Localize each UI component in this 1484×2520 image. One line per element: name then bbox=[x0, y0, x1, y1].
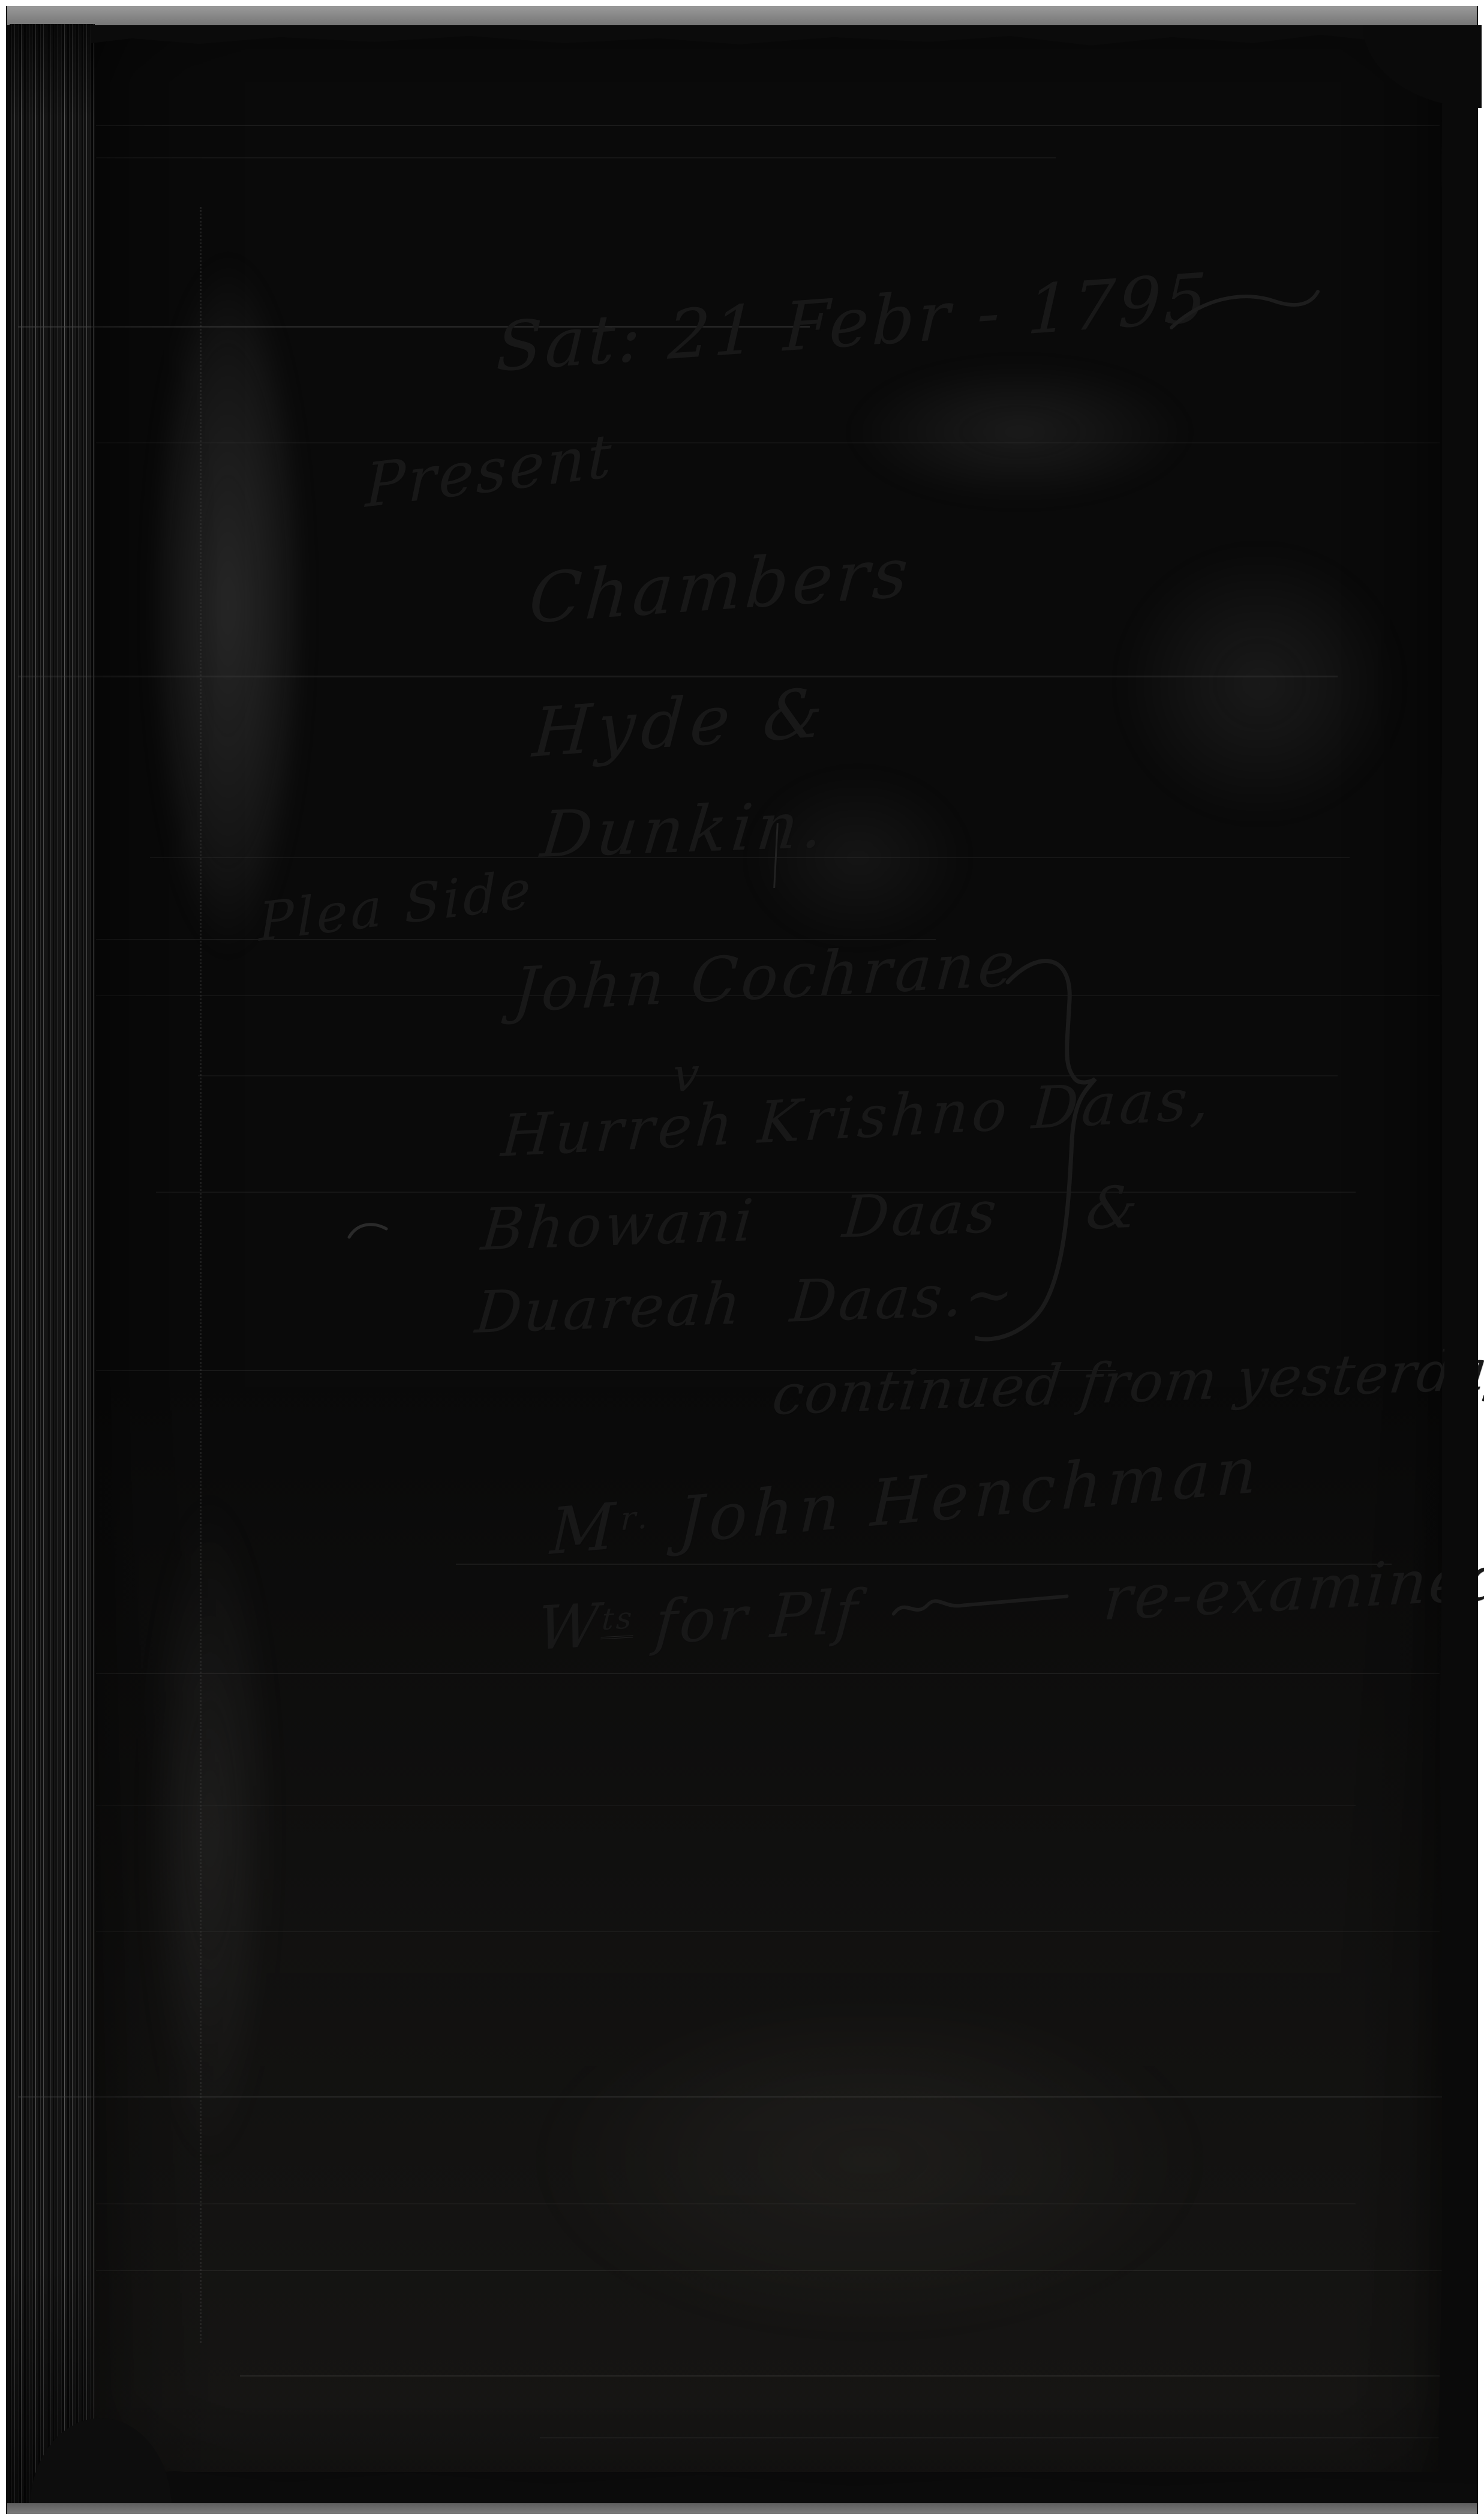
book-binding-edge bbox=[10, 24, 95, 2508]
pen-flourish-top-right bbox=[1167, 281, 1323, 347]
scanner-bed-bottom-strip bbox=[7, 2503, 1477, 2514]
witness-role-for-plf: for Plf bbox=[653, 1576, 862, 1657]
flourish-dash bbox=[891, 1584, 1073, 1624]
honorific: M bbox=[549, 1489, 621, 1569]
witness-abbrev: W bbox=[535, 1590, 604, 1664]
manuscript-scan: Sat: 21 Febr - 1795 Present Chambers Hyd… bbox=[0, 0, 1484, 2520]
honorific-superscript: r. bbox=[620, 1498, 654, 1538]
scanner-bed-top-strip bbox=[7, 6, 1477, 25]
margin-tick bbox=[347, 1219, 395, 1246]
witness-abbrev-superscript: ts bbox=[600, 1600, 635, 1639]
judge-name-dunkin: Dunkin. bbox=[537, 788, 831, 872]
defendants-brace bbox=[975, 945, 1131, 1365]
